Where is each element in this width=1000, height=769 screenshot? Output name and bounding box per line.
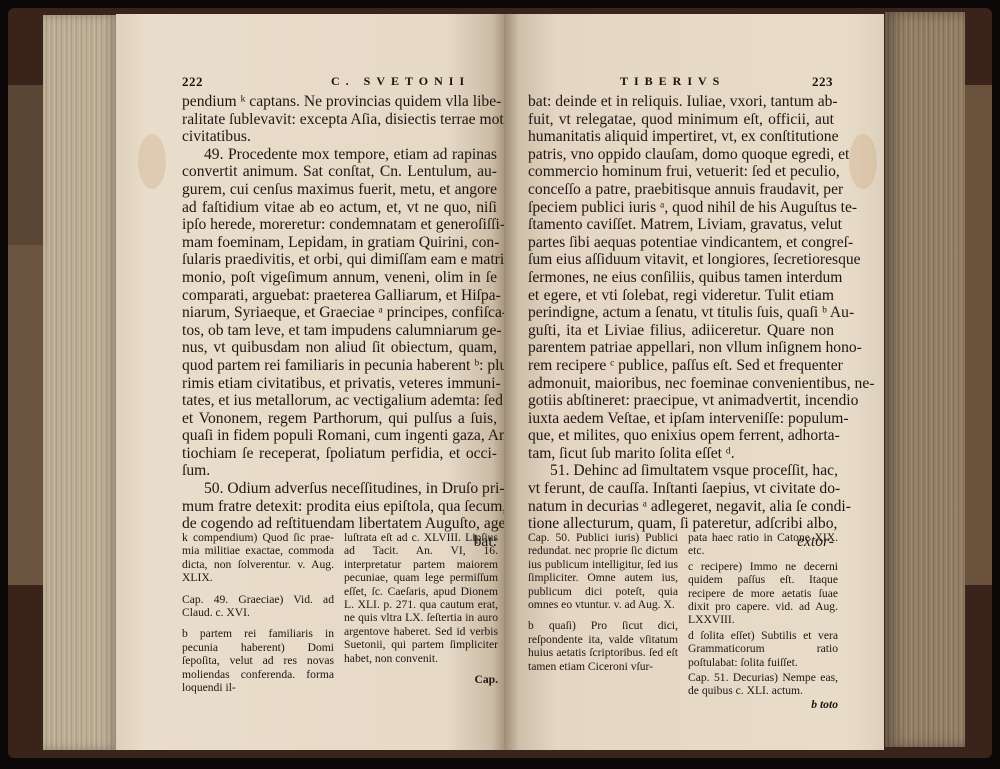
- text-line: gurem, cui cenſus maximus fuerit, metu, …: [182, 181, 497, 199]
- footnotes-column-2: pata haec ratio in Catone XIX. etc. c re…: [688, 531, 838, 719]
- text-line: civitatibus.: [182, 128, 497, 146]
- section-51-start: 51. Dehinc ad ſimultatem vsque proceſſit…: [528, 462, 834, 480]
- text-line: tiochiam ſe receperat, ſpoliatum perfidi…: [182, 445, 497, 463]
- text-line: convertit animum. Sat conſtat, Cn. Lentu…: [182, 163, 497, 181]
- footnote: k compendium) Quod ſic prae-mia militiae…: [182, 531, 334, 585]
- text-line: ad faſtidium vitae ab eo actum, et, vt n…: [182, 199, 497, 217]
- footnotes-column-1: Cap. 50. Publici iuris) Publici redundat…: [528, 531, 678, 673]
- text-line: ralitate ſublevavit: excepta Aſia, disie…: [182, 111, 497, 129]
- catchword: Cap.: [344, 673, 498, 686]
- text-line: ſularis praedivitis, et orbi, qui dimiſſ…: [182, 251, 497, 269]
- text-line: parentem patriae appellari, non vllum in…: [528, 339, 834, 357]
- text-line: tam, ſicut ſub marito ſolita eſſet ᵈ.: [528, 445, 834, 463]
- footnotes-column-1: k compendium) Quod ſic prae-mia militiae…: [182, 531, 334, 694]
- footnotes-column-2: luſtrata eſt ad c. XLVIII. Lipſius ad Ta…: [344, 531, 498, 694]
- left-page: 222 C. SVETONII pendium ᵏ captans. Ne pr…: [116, 14, 504, 750]
- text-line: partes ſibi aequas potentiae vindicantem…: [528, 234, 834, 252]
- running-head: C. SVETONII: [331, 74, 470, 89]
- right-page: TIBERIVS 223 bat: deinde et in reliquis.…: [504, 14, 884, 750]
- page-number: 223: [812, 74, 833, 90]
- footnote: Cap. 50. Publici iuris) Publici redundat…: [528, 531, 678, 611]
- page-number: 222: [182, 74, 203, 90]
- page-edges-left: [43, 15, 118, 750]
- footnote: luſtrata eſt ad c. XLVIII. Lipſius ad Ta…: [344, 531, 498, 665]
- text-line: humanitatis aliquid impertiret, vt, ex c…: [528, 128, 834, 146]
- footnote: b partem rei familiaris in pecunia haber…: [182, 627, 334, 694]
- text-line: tos, ob tam leve, et tam impudens calumn…: [182, 322, 497, 340]
- text-line: vt ferunt, de cauſſa. Inſtanti ſaepius, …: [528, 480, 834, 498]
- text-line: rimis etiam civitatibus, et privatis, ve…: [182, 375, 497, 393]
- text-line: comparati, arguebat: praeterea Galliarum…: [182, 287, 497, 305]
- text-line: ſum eius aſſiduum vitavit, et longiores,…: [528, 251, 834, 269]
- text-line: que, et milites, quo enixius opem ferren…: [528, 427, 834, 445]
- text-line: niarum, Syriaeque, et Graeciae ᵃ princip…: [182, 304, 497, 322]
- text-line: ſtamento caviſſet. Matrem, Liviam, grava…: [528, 216, 834, 234]
- text-line: ſermones, ne eius conſiliis, quibus tame…: [528, 269, 834, 287]
- text-line: mam foeminam, Lepidam, in gratiam Quirin…: [182, 234, 497, 252]
- text-line: patris, vno oppido clauſam, domo quoque …: [528, 146, 834, 164]
- foxing-stain: [138, 134, 166, 189]
- footnote: c recipere) Immo ne decerni quidem paſſu…: [688, 560, 838, 627]
- page-edges-right: [885, 12, 965, 747]
- footnote: b quaſi) Pro ſicut dici, reſpondente ita…: [528, 619, 678, 673]
- footnote: d ſolita eſſet) Subtilis et vera Grammat…: [688, 629, 838, 669]
- text-line: bat: deinde et in reliquis. Iuliae, vxor…: [528, 93, 834, 111]
- text-line: rem recipere ᶜ publice, paſſus eſt. Sed …: [528, 357, 834, 375]
- text-line: mum fratre detexit: prodita eius epiſtol…: [182, 498, 497, 516]
- text-line: natum in decurias ᵃ adlegeret, negavit, …: [528, 498, 834, 516]
- text-line: ſum.: [182, 462, 497, 480]
- cover-leather-patch: [8, 245, 46, 585]
- text-line: commercio hominum frui, vetuerit: ſed et…: [528, 163, 834, 181]
- cover-leather-patch: [8, 85, 46, 245]
- text-line: quod partem rei familiaris in pecunia ha…: [182, 357, 497, 375]
- catchword: b toto: [688, 698, 838, 711]
- text-line: fuit, vt relegatae, quod minimum eſt, of…: [528, 111, 834, 129]
- text-line: iuxta aedem Veſtae, et ipſam interveniſſ…: [528, 410, 834, 428]
- section-50-start: 50. Odium adverſus neceſſitudines, in Dr…: [182, 480, 497, 498]
- foxing-stain: [849, 134, 877, 189]
- text-line: et egere, et vti ſolebat, regi videretur…: [528, 287, 834, 305]
- text-line: conceſſo a patre, praebitisque annuis fr…: [528, 181, 834, 199]
- body-text: pendium ᵏ captans. Ne provincias quidem …: [182, 93, 497, 550]
- footnote: pata haec ratio in Catone XIX. etc.: [688, 531, 838, 558]
- text-line: gotiis abſtineret: praecipue, vt animadv…: [528, 392, 834, 410]
- text-line: guſti, ita et Liviae filius, adiiceretur…: [528, 322, 834, 340]
- footnote: Cap. 51. Decurias) Nempe eas, de quibus …: [688, 671, 838, 698]
- text-line: pendium ᵏ captans. Ne provincias quidem …: [182, 93, 497, 111]
- section-49-start: 49. Procedente mox tempore, etiam ad rap…: [182, 146, 497, 164]
- text-line: et Vononem, regem Parthorum, qui pulſus …: [182, 410, 497, 428]
- running-head: TIBERIVS: [620, 74, 725, 89]
- body-text: bat: deinde et in reliquis. Iuliae, vxor…: [528, 93, 834, 550]
- text-line: ipſo herede, moreretur: condemnatam et g…: [182, 216, 497, 234]
- text-line: admonuit, maioribus, nec foeminae conven…: [528, 375, 834, 393]
- text-line: perindigne, actum a ſenatu, vt titulis ſ…: [528, 304, 834, 322]
- text-line: monio, poſt vigeſimum annum, veneni, oli…: [182, 269, 497, 287]
- text-line: ſpeciem publici iuris ᵃ, quod nihil de h…: [528, 199, 834, 217]
- text-line: quaſi in fidem populi Romani, cum ingent…: [182, 427, 497, 445]
- text-line: nus, vt quibusdam non aliud ſit obiectum…: [182, 339, 497, 357]
- text-line: tates, et ius metallorum, ac vectigalium…: [182, 392, 497, 410]
- footnote: Cap. 49. Graeciae) Vid. ad Claud. c. XVI…: [182, 593, 334, 620]
